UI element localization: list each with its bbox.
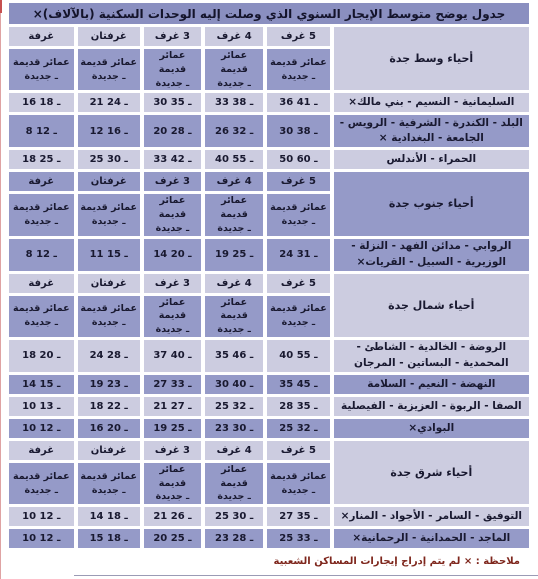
rent-range-cell: 27 ـ 35	[267, 507, 329, 526]
room-count-header: 4 غرف	[205, 172, 263, 191]
rent-range-cell: 40 ـ 55	[267, 340, 329, 372]
rent-range-cell: 25 ـ 32	[205, 397, 263, 416]
rent-range-cell: 35 ـ 45	[267, 375, 329, 394]
room-count-header: غرفة	[9, 274, 74, 293]
area-name-cell: الروابي - مدائن الفهد - النزلة - الوزيري…	[334, 239, 529, 271]
rent-range-cell: 50 ـ 60	[267, 150, 329, 169]
area-name-cell: الماجد - الحمدانية - الرحمانية×	[334, 529, 529, 548]
rent-range-cell: 25 ـ 32	[267, 419, 329, 438]
area-name-cell: النهضة - النعيم - السلامة	[334, 375, 529, 394]
table-row: الماجد - الحمدانية - الرحمانية×25 ـ 3323…	[9, 529, 529, 548]
rent-range-cell: 8 ـ 12	[9, 239, 74, 271]
room-count-header: غرفتان	[78, 172, 140, 191]
rent-range-cell: 8 ـ 12	[9, 115, 74, 147]
rent-range-cell: 18 ـ 25	[9, 150, 74, 169]
building-age-header: عمائر قديمةـ جديدة	[267, 49, 329, 90]
room-count-header: 4 غرف	[205, 441, 263, 460]
rent-range-cell: 18 ـ 20	[9, 340, 74, 372]
table-row: الروضة - الخالدية - الشاطئ - المحمدية - …	[9, 340, 529, 372]
building-age-header: عمائر قديمةـ جديدة	[205, 463, 263, 504]
building-age-header: عمائر قديمةـ جديدة	[205, 194, 263, 235]
rent-range-cell: 20 ـ 28	[144, 115, 201, 147]
rent-range-cell: 10 ـ 12	[9, 529, 74, 548]
rent-range-cell: 18 ـ 22	[78, 397, 140, 416]
room-count-header: 5 غرف	[267, 274, 329, 293]
rent-range-cell: 27 ـ 33	[144, 375, 201, 394]
left-edge-mark	[0, 0, 2, 13]
building-age-header: عمائر قديمةـ جديدة	[144, 296, 201, 337]
rent-range-cell: 14 ـ 15	[9, 375, 74, 394]
area-name-cell: الحمراء - الأندلس	[334, 150, 529, 169]
rent-range-cell: 37 ـ 40	[144, 340, 201, 372]
rent-range-cell: 21 ـ 26	[144, 507, 201, 526]
building-age-header: عمائر قديمةـ جديدة	[267, 296, 329, 337]
rent-range-cell: 28 ـ 35	[267, 397, 329, 416]
room-count-header: غرفتان	[78, 441, 140, 460]
area-name-cell: الروضة - الخالدية - الشاطئ - المحمدية - …	[334, 340, 529, 372]
rent-table-wrap: جدول يوضح متوسط الإيجار السنوي الذي وصلت…	[5, 0, 533, 551]
table-row: النهضة - النعيم - السلامة35 ـ 4530 ـ 402…	[9, 375, 529, 394]
rent-range-cell: 30 ـ 35	[144, 93, 201, 112]
rent-range-cell: 19 ـ 23	[78, 375, 140, 394]
building-age-header: عمائر قديمةـ جديدة	[9, 463, 74, 504]
building-age-header: عمائر قديمةـ جديدة	[267, 194, 329, 235]
rent-range-cell: 23 ـ 28	[205, 529, 263, 548]
rent-table: جدول يوضح متوسط الإيجار السنوي الذي وصلت…	[5, 0, 533, 551]
room-count-header: 5 غرف	[267, 172, 329, 191]
room-count-header: 3 غرف	[144, 274, 201, 293]
rent-range-cell: 33 ـ 38	[205, 93, 263, 112]
building-age-header: عمائر قديمةـ جديدة	[9, 296, 74, 337]
area-name-cell: التوفيق - السامر - الأجواد - المنار×	[334, 507, 529, 526]
section-name-cell: أحياء وسط جدة	[334, 27, 529, 90]
room-count-header: غرفتان	[78, 274, 140, 293]
rent-range-cell: 15 ـ 18	[78, 529, 140, 548]
table-row: البوادي×25 ـ 3223 ـ 3019 ـ 2516 ـ 2010 ـ…	[9, 419, 529, 438]
section-name-cell: أحياء شرق جدة	[334, 441, 529, 504]
building-age-header: عمائر قديمةـ جديدة	[205, 296, 263, 337]
rent-table-page: جدول يوضح متوسط الإيجار السنوي الذي وصلت…	[0, 0, 538, 579]
rent-range-cell: 19 ـ 25	[144, 419, 201, 438]
rent-range-cell: 25 ـ 30	[205, 507, 263, 526]
left-edge-line	[0, 0, 1, 579]
rent-range-cell: 25 ـ 30	[78, 150, 140, 169]
table-row: الحمراء - الأندلس50 ـ 6040 ـ 5533 ـ 4225…	[9, 150, 529, 169]
page-title: جدول يوضح متوسط الإيجار السنوي الذي وصلت…	[9, 3, 529, 24]
table-row: السليمانية - النسيم - بني مالك×36 ـ 4133…	[9, 93, 529, 112]
room-count-header: 3 غرف	[144, 441, 201, 460]
title-row: جدول يوضح متوسط الإيجار السنوي الذي وصلت…	[9, 3, 529, 24]
table-row: الصفا - الربوة - العزيزية - الفيصلية28 ـ…	[9, 397, 529, 416]
table-row: التوفيق - السامر - الأجواد - المنار×27 ـ…	[9, 507, 529, 526]
building-age-header: عمائر قديمةـ جديدة	[78, 194, 140, 235]
room-count-header: غرفة	[9, 441, 74, 460]
room-count-header: 5 غرف	[267, 441, 329, 460]
building-age-header: عمائر قديمةـ جديدة	[78, 296, 140, 337]
building-age-header: عمائر قديمةـ جديدة	[9, 49, 74, 90]
rent-range-cell: 19 ـ 25	[205, 239, 263, 271]
room-count-header: غرفة	[9, 27, 74, 46]
building-age-header: عمائر قديمةـ جديدة	[78, 463, 140, 504]
area-name-cell: البلد - الكندرة - الشرفية - الرويس - الج…	[334, 115, 529, 147]
building-age-header: عمائر قديمةـ جديدة	[144, 49, 201, 90]
rent-range-cell: 40 ـ 55	[205, 150, 263, 169]
rent-range-cell: 10 ـ 12	[9, 419, 74, 438]
rent-range-cell: 16 ـ 18	[9, 93, 74, 112]
building-age-header: عمائر قديمةـ جديدة	[9, 194, 74, 235]
rent-range-cell: 12 ـ 16	[78, 115, 140, 147]
rent-range-cell: 16 ـ 20	[78, 419, 140, 438]
footnote: ملاحظة : × لم يتم إدراج إيجارات المساكن …	[120, 556, 520, 567]
rent-range-cell: 26 ـ 32	[205, 115, 263, 147]
rent-range-cell: 20 ـ 25	[144, 529, 201, 548]
building-age-header: عمائر قديمةـ جديدة	[205, 49, 263, 90]
section-header-row: أحياء شرق جدة5 غرف4 غرف3 غرفغرفتانغرفة	[9, 441, 529, 460]
bottom-rule	[74, 575, 538, 576]
room-count-header: 5 غرف	[267, 27, 329, 46]
rent-range-cell: 25 ـ 33	[267, 529, 329, 548]
rent-range-cell: 10 ـ 13	[9, 397, 74, 416]
rent-range-cell: 14 ـ 20	[144, 239, 201, 271]
rent-range-cell: 21 ـ 27	[144, 397, 201, 416]
room-count-header: غرفتان	[78, 27, 140, 46]
rent-range-cell: 24 ـ 28	[78, 340, 140, 372]
room-count-header: غرفة	[9, 172, 74, 191]
section-header-row: أحياء شمال جدة5 غرف4 غرف3 غرفغرفتانغرفة	[9, 274, 529, 293]
rent-range-cell: 11 ـ 15	[78, 239, 140, 271]
room-count-header: 3 غرف	[144, 27, 201, 46]
section-name-cell: أحياء جنوب جدة	[334, 172, 529, 235]
rent-range-cell: 35 ـ 46	[205, 340, 263, 372]
room-count-header: 4 غرف	[205, 274, 263, 293]
rent-range-cell: 14 ـ 18	[78, 507, 140, 526]
rent-range-cell: 36 ـ 41	[267, 93, 329, 112]
rent-range-cell: 24 ـ 31	[267, 239, 329, 271]
rent-range-cell: 21 ـ 24	[78, 93, 140, 112]
building-age-header: عمائر قديمةـ جديدة	[267, 463, 329, 504]
room-count-header: 4 غرف	[205, 27, 263, 46]
table-row: الروابي - مدائن الفهد - النزلة - الوزيري…	[9, 239, 529, 271]
building-age-header: عمائر قديمةـ جديدة	[144, 463, 201, 504]
rent-range-cell: 23 ـ 30	[205, 419, 263, 438]
building-age-header: عمائر قديمةـ جديدة	[78, 49, 140, 90]
table-row: البلد - الكندرة - الشرفية - الرويس - الج…	[9, 115, 529, 147]
rent-range-cell: 30 ـ 40	[205, 375, 263, 394]
rent-range-cell: 30 ـ 38	[267, 115, 329, 147]
room-count-header: 3 غرف	[144, 172, 201, 191]
section-header-row: أحياء وسط جدة5 غرف4 غرف3 غرفغرفتانغرفة	[9, 27, 529, 46]
section-header-row: أحياء جنوب جدة5 غرف4 غرف3 غرفغرفتانغرفة	[9, 172, 529, 191]
area-name-cell: البوادي×	[334, 419, 529, 438]
rent-range-cell: 33 ـ 42	[144, 150, 201, 169]
area-name-cell: الصفا - الربوة - العزيزية - الفيصلية	[334, 397, 529, 416]
area-name-cell: السليمانية - النسيم - بني مالك×	[334, 93, 529, 112]
section-name-cell: أحياء شمال جدة	[334, 274, 529, 337]
rent-range-cell: 10 ـ 12	[9, 507, 74, 526]
building-age-header: عمائر قديمةـ جديدة	[144, 194, 201, 235]
